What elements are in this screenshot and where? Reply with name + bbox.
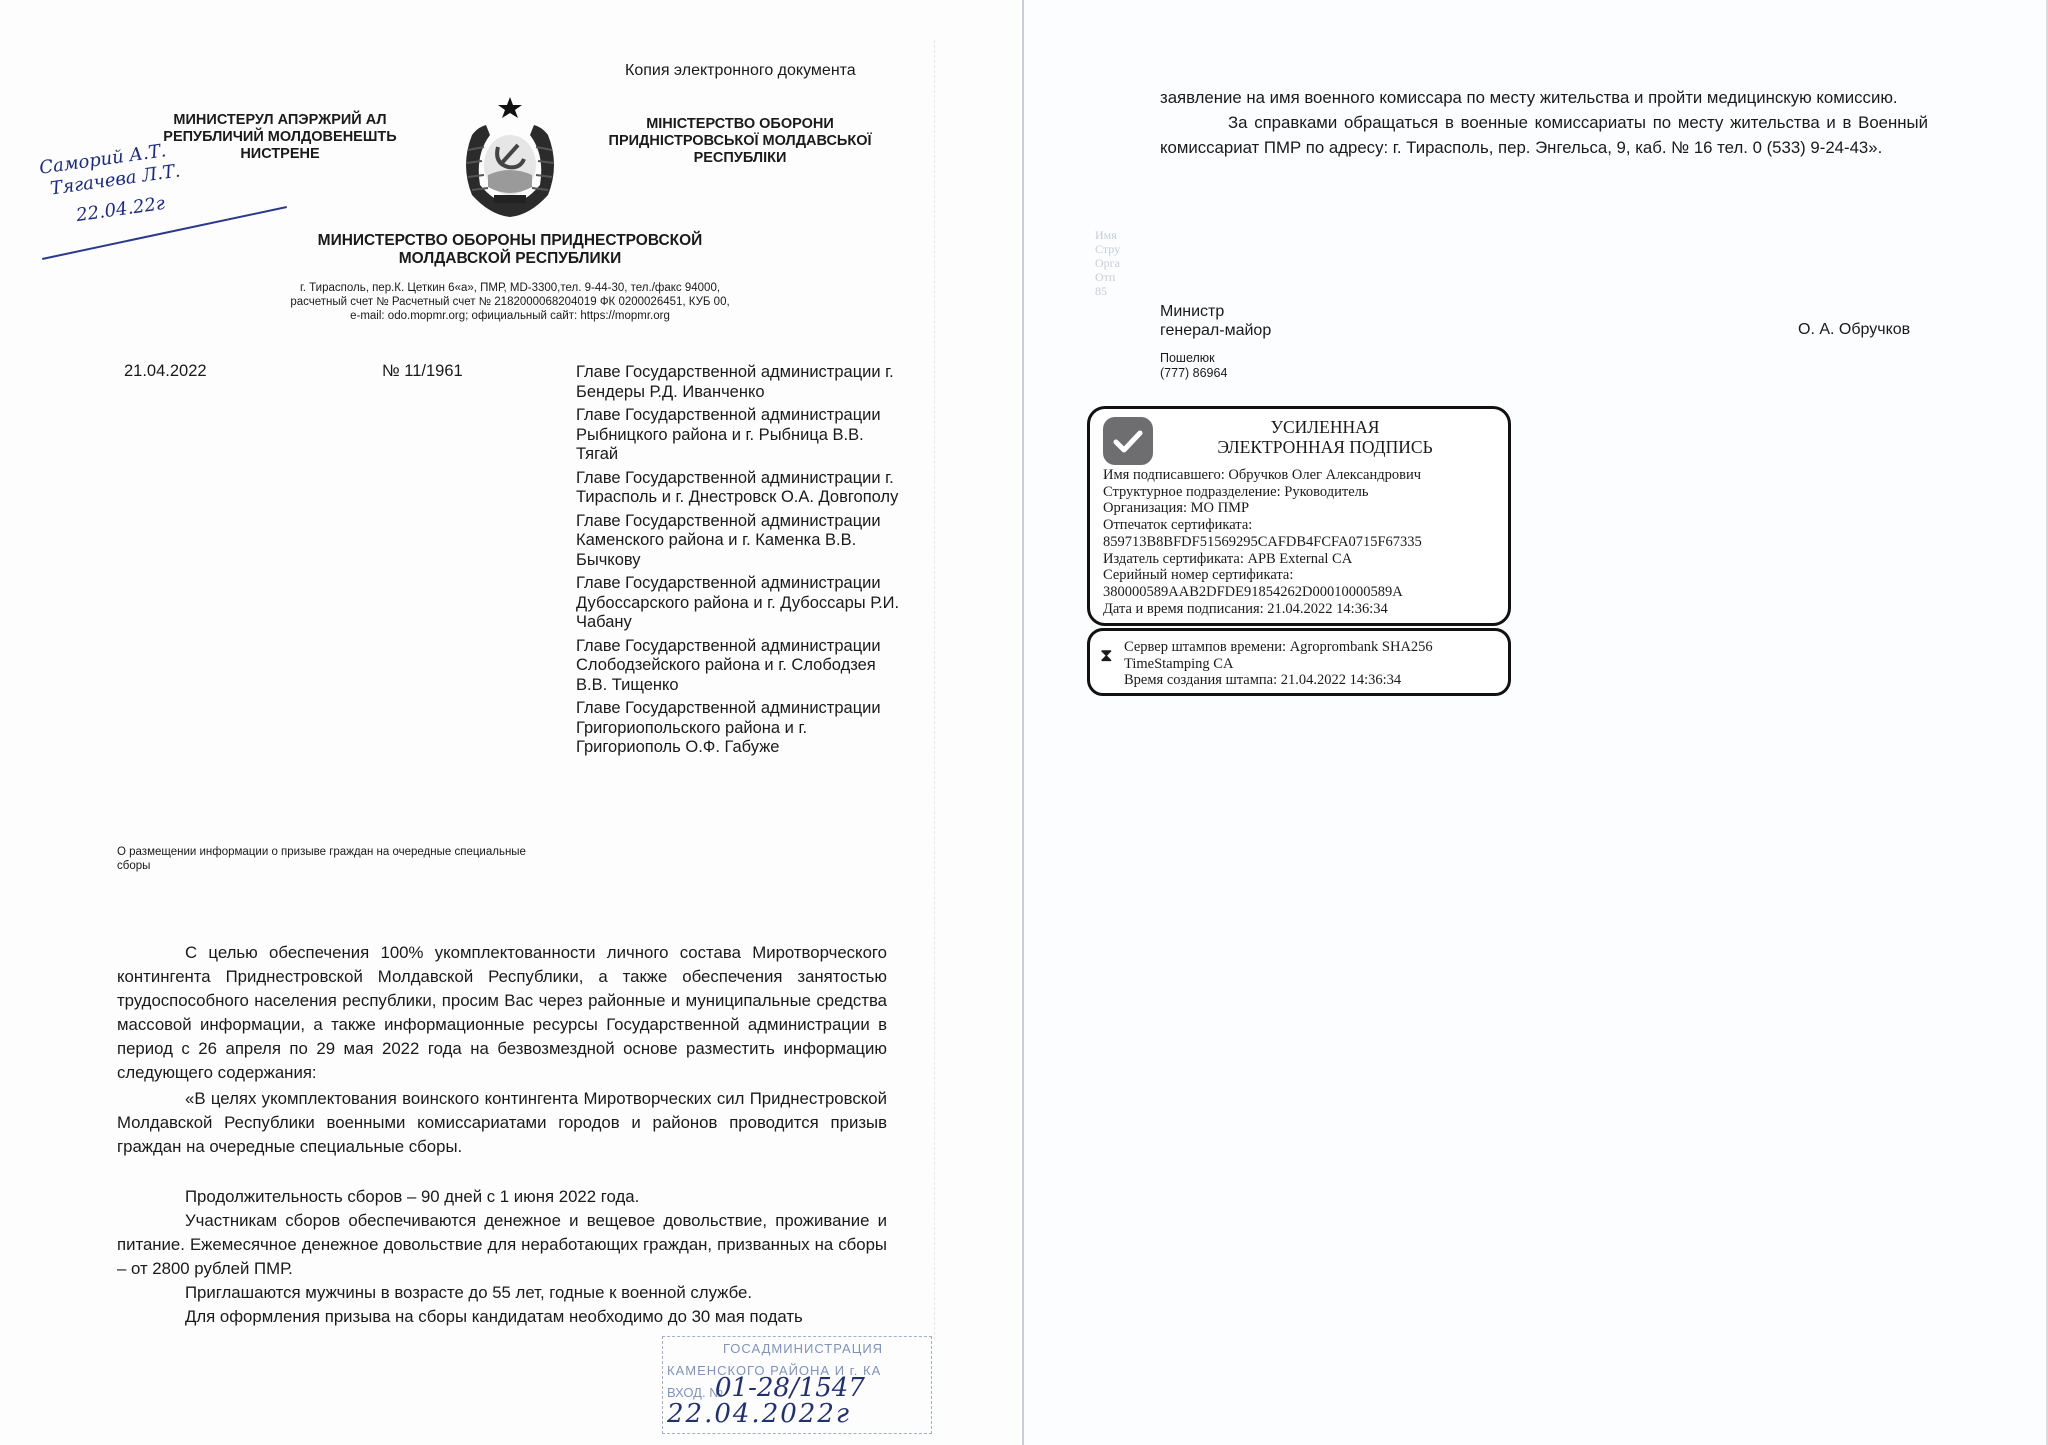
recipient: Главе Государственной администрации Дубо… [576, 574, 906, 633]
paragraph: Продолжительность сборов – 90 дней с 1 и… [117, 1185, 887, 1209]
paragraph: За справками обращаться в военные комисс… [1160, 110, 1928, 160]
cert-fingerprint: 859713B8BFDF51569295CAFDB4FCFA0715F67335 [1103, 534, 1422, 551]
recipient: Главе Государственной администрации Слоб… [576, 637, 906, 696]
signature-title: УСИЛЕННАЯ ЭЛЕКТРОННАЯ ПОДПИСЬ [1150, 417, 1500, 457]
cert-issuer: Издатель сертификата: APB External CA [1103, 551, 1422, 568]
recipient-list: Главе Государственной администрации г. Б… [576, 363, 906, 762]
cert-fingerprint-label: Отпечаток сертификата: [1103, 517, 1422, 534]
paragraph: заявление на имя военного комиссара по м… [1160, 85, 1928, 110]
signatory-title: Министр генерал-майор [1160, 302, 1271, 340]
document-number: № 11/1961 [382, 362, 463, 381]
signer-name: Имя подписавшего: Обручков Олег Александ… [1103, 467, 1422, 484]
paragraph: Участникам сборов обеспечиваются денежно… [117, 1209, 887, 1281]
recipient: Главе Государственной администрации Григ… [576, 699, 906, 758]
coat-of-arms-icon [450, 95, 570, 220]
paragraph: Приглашаются мужчины в возрасте до 55 ле… [117, 1281, 887, 1305]
letter-body: С целью обеспечения 100% укомплектованно… [117, 941, 887, 1329]
document-page-1: Копия электронного документа МИНИСТЕРУЛ … [0, 0, 1020, 1445]
cert-serial: 380000589AAB2DFDE91854262D00010000589A [1103, 584, 1422, 601]
recipient: Главе Государственной администрации Рыбн… [576, 406, 906, 465]
paragraph: С целью обеспечения 100% укомплектованно… [117, 941, 887, 1085]
timestamp-block: ⧗ Сервер штампов времени: Agroprombank S… [1087, 628, 1511, 696]
executor-info: Пошелюк (777) 86964 [1160, 351, 1227, 381]
recipient: Главе Государственной администрации г. Т… [576, 469, 906, 508]
paragraph: «В целях укомплектования воинского конти… [117, 1087, 887, 1159]
ministry-address: г. Тирасполь, пер.К. Цеткин 6«а», ПМР, M… [180, 281, 840, 323]
letter-body-continued: заявление на имя военного комиссара по м… [1160, 85, 1928, 160]
registration-date: 22.04.2022г [667, 1399, 851, 1429]
document-page-2 [1022, 0, 2048, 1445]
cert-serial-label: Серийный номер сертификата: [1103, 567, 1422, 584]
bleed-through-text: ИмяСтруОргаОтп85 [1095, 60, 1145, 410]
header-ukrainian: МІНІСТЕРСТВО ОБОРОНИ ПРИДНІСТРОВСЬКОЇ МО… [580, 116, 900, 167]
signer-department: Структурное подразделение: Руководитель [1103, 484, 1422, 501]
letter-subject: О размещении информации о призыве гражда… [117, 846, 557, 873]
document-date: 21.04.2022 [124, 362, 207, 381]
checkmark-icon [1103, 417, 1153, 465]
recipient: Главе Государственной администрации Каме… [576, 512, 906, 571]
signatory-name: О. А. Обручков [1798, 321, 1910, 339]
bleed-through-margin [920, 40, 935, 1340]
recipient: Главе Государственной администрации г. Б… [576, 363, 906, 402]
signature-fields: Имя подписавшего: Обручков Олег Александ… [1103, 467, 1422, 617]
copy-label: Копия электронного документа [625, 62, 856, 80]
hourglass-icon: ⧗ [1100, 645, 1113, 666]
header-russian: МИНИСТЕРСТВО ОБОРОНЫ ПРИДНЕСТРОВСКОЙ МОЛ… [250, 232, 770, 268]
paragraph: Для оформления призыва на сборы кандидат… [117, 1305, 887, 1329]
signer-organization: Организация: МО ПМР [1103, 500, 1422, 517]
incoming-registration-stamp: ГОСАДМИНИСТРАЦИЯ КАМЕНСКОГО РАЙОНА И г. … [662, 1336, 932, 1434]
signing-datetime: Дата и время подписания: 21.04.2022 14:3… [1103, 601, 1422, 618]
electronic-signature-block: УСИЛЕННАЯ ЭЛЕКТРОННАЯ ПОДПИСЬ Имя подпис… [1087, 406, 1511, 626]
